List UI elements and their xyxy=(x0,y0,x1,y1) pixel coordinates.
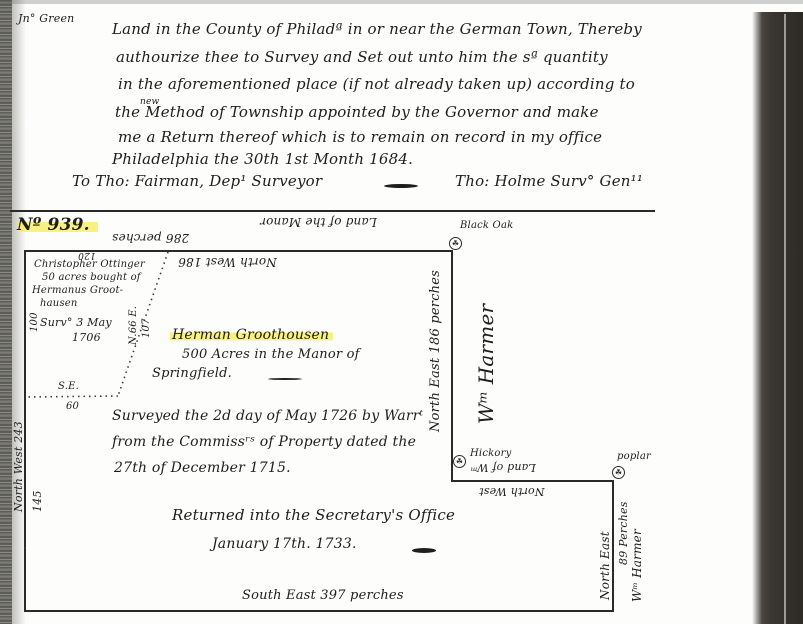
scan-right-edge-line xyxy=(784,14,786,624)
adjacent-owner-harmer-2: Wᵐ Harmer xyxy=(630,529,644,602)
adjacent-owner-harmer-1: Wᵐ Harmer xyxy=(474,304,498,424)
acreage-line-2: Springfield. xyxy=(152,366,232,381)
sub-parcel-line-2: 50 acres bought of xyxy=(42,272,141,283)
sub-parcel-dotted-boundary xyxy=(0,0,803,624)
sub-parcel-bottom-label: S.E. xyxy=(58,381,79,392)
sub-parcel-bottom-value: 60 xyxy=(66,401,79,412)
acreage-line-1: 500 Acres in the Manor of xyxy=(182,347,360,362)
corner-tree-hickory-label: Hickory xyxy=(470,448,511,459)
sub-parcel-line-4: hausen xyxy=(40,298,78,309)
scanned-document-page: Jn° Green Land in the County of Philadª … xyxy=(0,0,803,624)
inner-bottom-north-west: North West xyxy=(479,485,545,498)
flourish-mark xyxy=(412,548,436,553)
survey-statement-line-2: from the Commissʳˢ of Property dated the xyxy=(112,434,416,450)
margin-note: Jn° Green xyxy=(18,12,74,25)
tree-marker-icon: ☘ xyxy=(612,466,625,479)
plot-step-boundary xyxy=(451,480,614,482)
survey-number: Nº 939. xyxy=(17,215,98,235)
plot-right-lower-boundary xyxy=(612,480,614,611)
right-boundary-label: North East 186 perches xyxy=(428,270,443,432)
sub-parcel-line-3: Hermanus Groot- xyxy=(32,285,123,296)
scan-top-edge xyxy=(0,0,803,4)
plot-right-upper-boundary xyxy=(451,250,453,481)
owner-name: Herman Groothousen xyxy=(170,327,333,343)
lower-right-boundary-value: 89 Perches xyxy=(617,501,630,565)
warrant-line-2: authourize thee to Survey and Set out un… xyxy=(116,48,608,66)
sub-parcel-year: 1706 xyxy=(72,331,101,344)
top-boundary-label: 286 perches xyxy=(112,231,189,245)
flourish-mark xyxy=(384,184,418,188)
sub-parcel-survey-note: Surv° 3 May xyxy=(40,316,112,329)
survey-statement-line-3: 27th of December 1715. xyxy=(114,460,291,476)
flourish-mark xyxy=(268,378,302,380)
plot-bottom-boundary xyxy=(24,610,614,612)
warrant-line-6-date: Philadelphia the 30th 1st Month 1684. xyxy=(112,150,413,168)
tree-marker-icon: ☘ xyxy=(449,237,462,250)
scan-left-edge xyxy=(0,0,12,624)
top-inner-label: North West 186 xyxy=(178,255,277,269)
warrant-line-3: in the aforementioned place (if not alre… xyxy=(118,75,635,93)
top-outer-label: Land of the Manor xyxy=(260,215,377,229)
tree-marker-icon: ☘ xyxy=(453,455,466,468)
warrant-line-5: me a Return thereof which is to remain o… xyxy=(118,128,602,146)
sub-parcel-side-value: 107 xyxy=(141,318,152,338)
corner-tree-poplar-label: poplar xyxy=(617,451,651,462)
bottom-boundary-label: South East 397 perches xyxy=(242,588,404,603)
left-boundary-outer-label: North West 243 xyxy=(12,421,25,512)
survey-statement-line-1: Surveyed the 2d day of May 1726 by Warrᵗ xyxy=(112,408,423,424)
return-statement-line-1: Returned into the Secretary's Office xyxy=(172,506,455,524)
sub-parcel-left-value: 100 xyxy=(29,312,40,332)
scan-right-edge xyxy=(752,12,803,624)
left-boundary-inner-value: 145 xyxy=(31,490,44,512)
lower-right-boundary-label: North East xyxy=(598,531,612,600)
warrant-line-1: Land in the County of Philadª in or near… xyxy=(112,20,642,38)
section-divider-rule xyxy=(10,210,655,212)
inner-bottom-land-of: Land of Wᵐ xyxy=(470,461,536,474)
sub-parcel-side-label: N.66 E. xyxy=(128,306,139,345)
warrant-signature: Tho: Holme Surv° Gen¹¹ xyxy=(455,172,643,190)
corner-tree-black-oak-label: Black Oak xyxy=(460,220,513,231)
warrant-line-4: the Method of Township appointed by the … xyxy=(115,103,599,121)
return-statement-line-2: January 17th. 1733. xyxy=(212,536,357,552)
sub-parcel-line-1: Christopher Ottinger xyxy=(34,259,145,270)
warrant-addressee: To Tho: Fairman, Dep¹ Surveyor xyxy=(72,172,322,190)
